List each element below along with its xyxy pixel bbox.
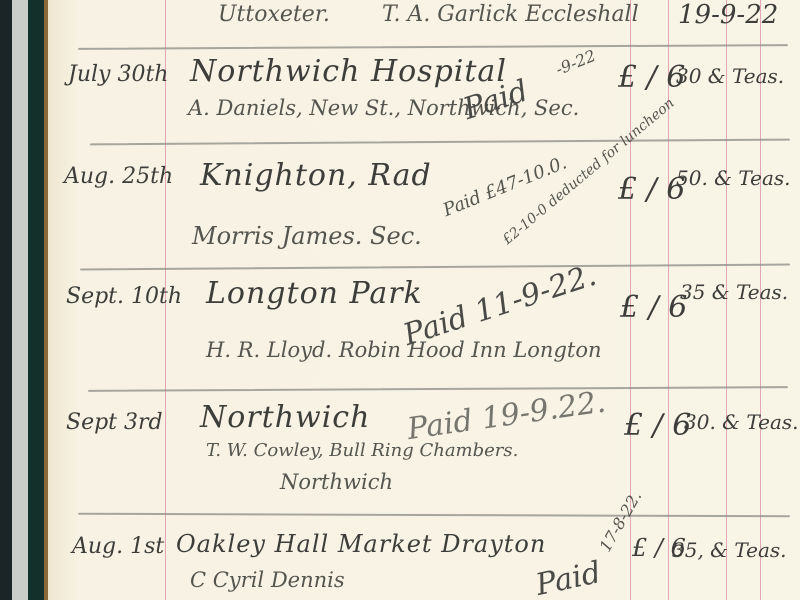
pound-mark: £ / 6 xyxy=(624,408,691,443)
entry-contact: T. W. Cowley, Bull Ring Chambers. xyxy=(206,440,518,461)
pound-mark: £ / 6 xyxy=(620,290,687,325)
entry-venue: Oakley Hall Market Drayton xyxy=(176,530,546,558)
entry-venue: Northwich xyxy=(200,400,370,435)
entry-contact: Morris James. Sec. xyxy=(192,222,422,250)
partial-venue: Uttoxeter. xyxy=(218,2,330,27)
entry-date: Sept 3rd xyxy=(66,410,163,435)
entry-venue: Knighton, Rad xyxy=(200,158,432,193)
entry-contact: C Cyril Dennis xyxy=(190,568,345,592)
entry-date: Aug. 25th xyxy=(64,164,173,189)
partial-contact: T. A. Garlick Eccleshall xyxy=(382,2,639,27)
entry-date: Sept. 10th xyxy=(66,284,182,309)
entry-date: July 30th xyxy=(68,62,168,87)
partial-payment-date: 19-9-22 xyxy=(678,0,778,30)
entry-contact: H. R. Lloyd. Robin Hood Inn Longton xyxy=(206,338,602,362)
entry-venue: Northwich Hospital xyxy=(190,54,507,89)
book-spine xyxy=(0,0,48,600)
entry-fee: 50. & Teas. xyxy=(676,166,791,190)
entry-contact-line2: Northwich xyxy=(280,470,393,494)
entry-date: Aug. 1st xyxy=(72,534,164,559)
entry-venue: Longton Park xyxy=(206,276,423,311)
entry-fee: 35, & Teas. xyxy=(672,538,787,562)
entry-fee: 35 & Teas. xyxy=(680,280,788,304)
entry-fee: 30. & Teas. xyxy=(684,410,799,434)
entry-fee: 30 & Teas. xyxy=(676,64,784,88)
